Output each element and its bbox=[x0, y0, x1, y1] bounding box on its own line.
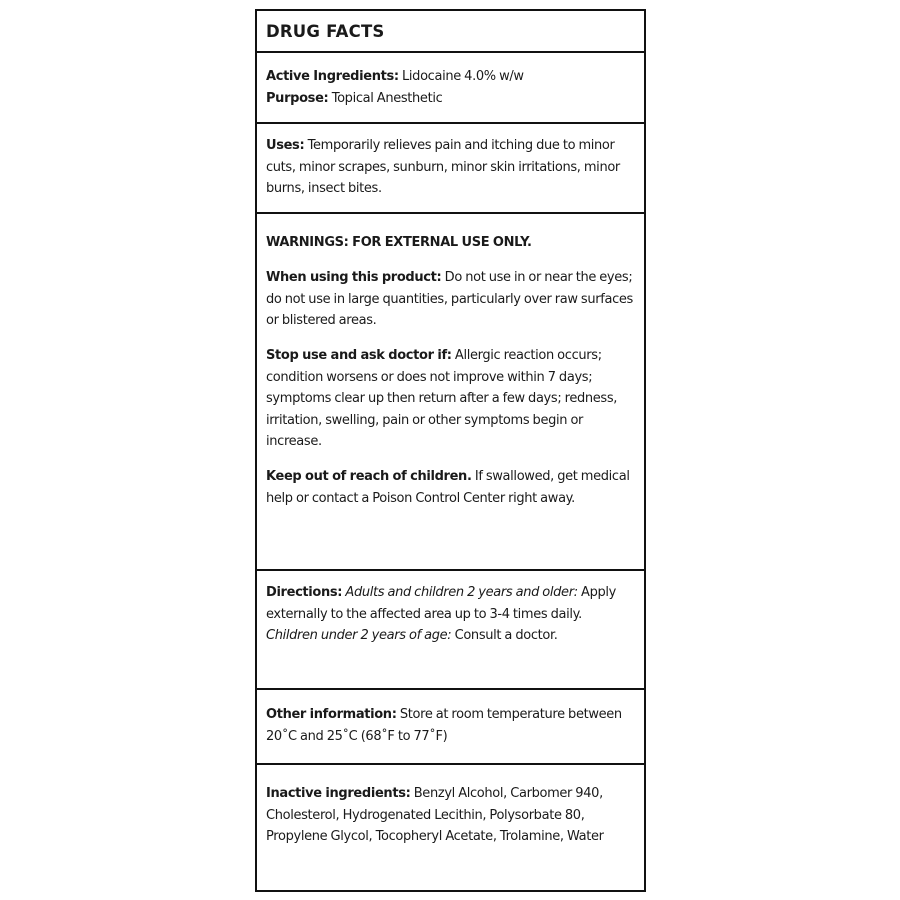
directions-label: Directions: bbox=[266, 585, 342, 600]
purpose-line: Purpose: Topical Anesthetic bbox=[266, 88, 635, 110]
when-using-label: When using this product: bbox=[266, 270, 441, 285]
directions-section: Directions: Adults and children 2 years … bbox=[257, 571, 644, 690]
stop-use-label: Stop use and ask doctor if: bbox=[266, 348, 452, 363]
other-information-paragraph: Other information: Store at room tempera… bbox=[266, 704, 635, 747]
drug-facts-panel: DRUG FACTS Active Ingredients: Lidocaine… bbox=[255, 9, 646, 892]
active-ingredients-section: Active Ingredients: Lidocaine 4.0% w/w P… bbox=[257, 53, 644, 124]
directions-children-label: Children under 2 years of age: bbox=[266, 628, 451, 643]
stop-use-text: Allergic reaction occurs; condition wors… bbox=[266, 348, 617, 449]
when-using-paragraph: When using this product: Do not use in o… bbox=[266, 267, 635, 332]
active-ingredients-value: Lidocaine 4.0% w/w bbox=[402, 69, 524, 84]
directions-adults-label: Adults and children 2 years and older: bbox=[345, 585, 577, 600]
warnings-heading: WARNINGS: FOR EXTERNAL USE ONLY. bbox=[266, 232, 635, 254]
uses-text: Temporarily relieves pain and itching du… bbox=[266, 138, 620, 196]
active-ingredients-label: Active Ingredients: bbox=[266, 69, 399, 84]
drug-facts-title: DRUG FACTS bbox=[266, 11, 635, 52]
uses-label: Uses: bbox=[266, 138, 304, 153]
active-ingredients-line: Active Ingredients: Lidocaine 4.0% w/w bbox=[266, 66, 635, 88]
purpose-label: Purpose: bbox=[266, 91, 328, 106]
keep-out-label: Keep out of reach of children. bbox=[266, 469, 472, 484]
inactive-ingredients-paragraph: Inactive ingredients: Benzyl Alcohol, Ca… bbox=[266, 783, 635, 848]
uses-section: Uses: Temporarily relieves pain and itch… bbox=[257, 124, 644, 214]
keep-out-paragraph: Keep out of reach of children. If swallo… bbox=[266, 466, 635, 509]
drug-facts-header: DRUG FACTS bbox=[257, 11, 644, 53]
purpose-value: Topical Anesthetic bbox=[332, 91, 443, 106]
other-information-label: Other information: bbox=[266, 707, 397, 722]
directions-children: Children under 2 years of age: Consult a… bbox=[266, 625, 635, 647]
uses-paragraph: Uses: Temporarily relieves pain and itch… bbox=[266, 135, 635, 200]
directions-children-text: Consult a doctor. bbox=[455, 628, 558, 643]
inactive-ingredients-label: Inactive ingredients: bbox=[266, 786, 410, 801]
directions-adults: Directions: Adults and children 2 years … bbox=[266, 582, 635, 625]
inactive-ingredients-section: Inactive ingredients: Benzyl Alcohol, Ca… bbox=[257, 765, 644, 890]
other-information-section: Other information: Store at room tempera… bbox=[257, 690, 644, 765]
warnings-section: WARNINGS: FOR EXTERNAL USE ONLY. When us… bbox=[257, 214, 644, 571]
stop-use-paragraph: Stop use and ask doctor if: Allergic rea… bbox=[266, 345, 635, 453]
